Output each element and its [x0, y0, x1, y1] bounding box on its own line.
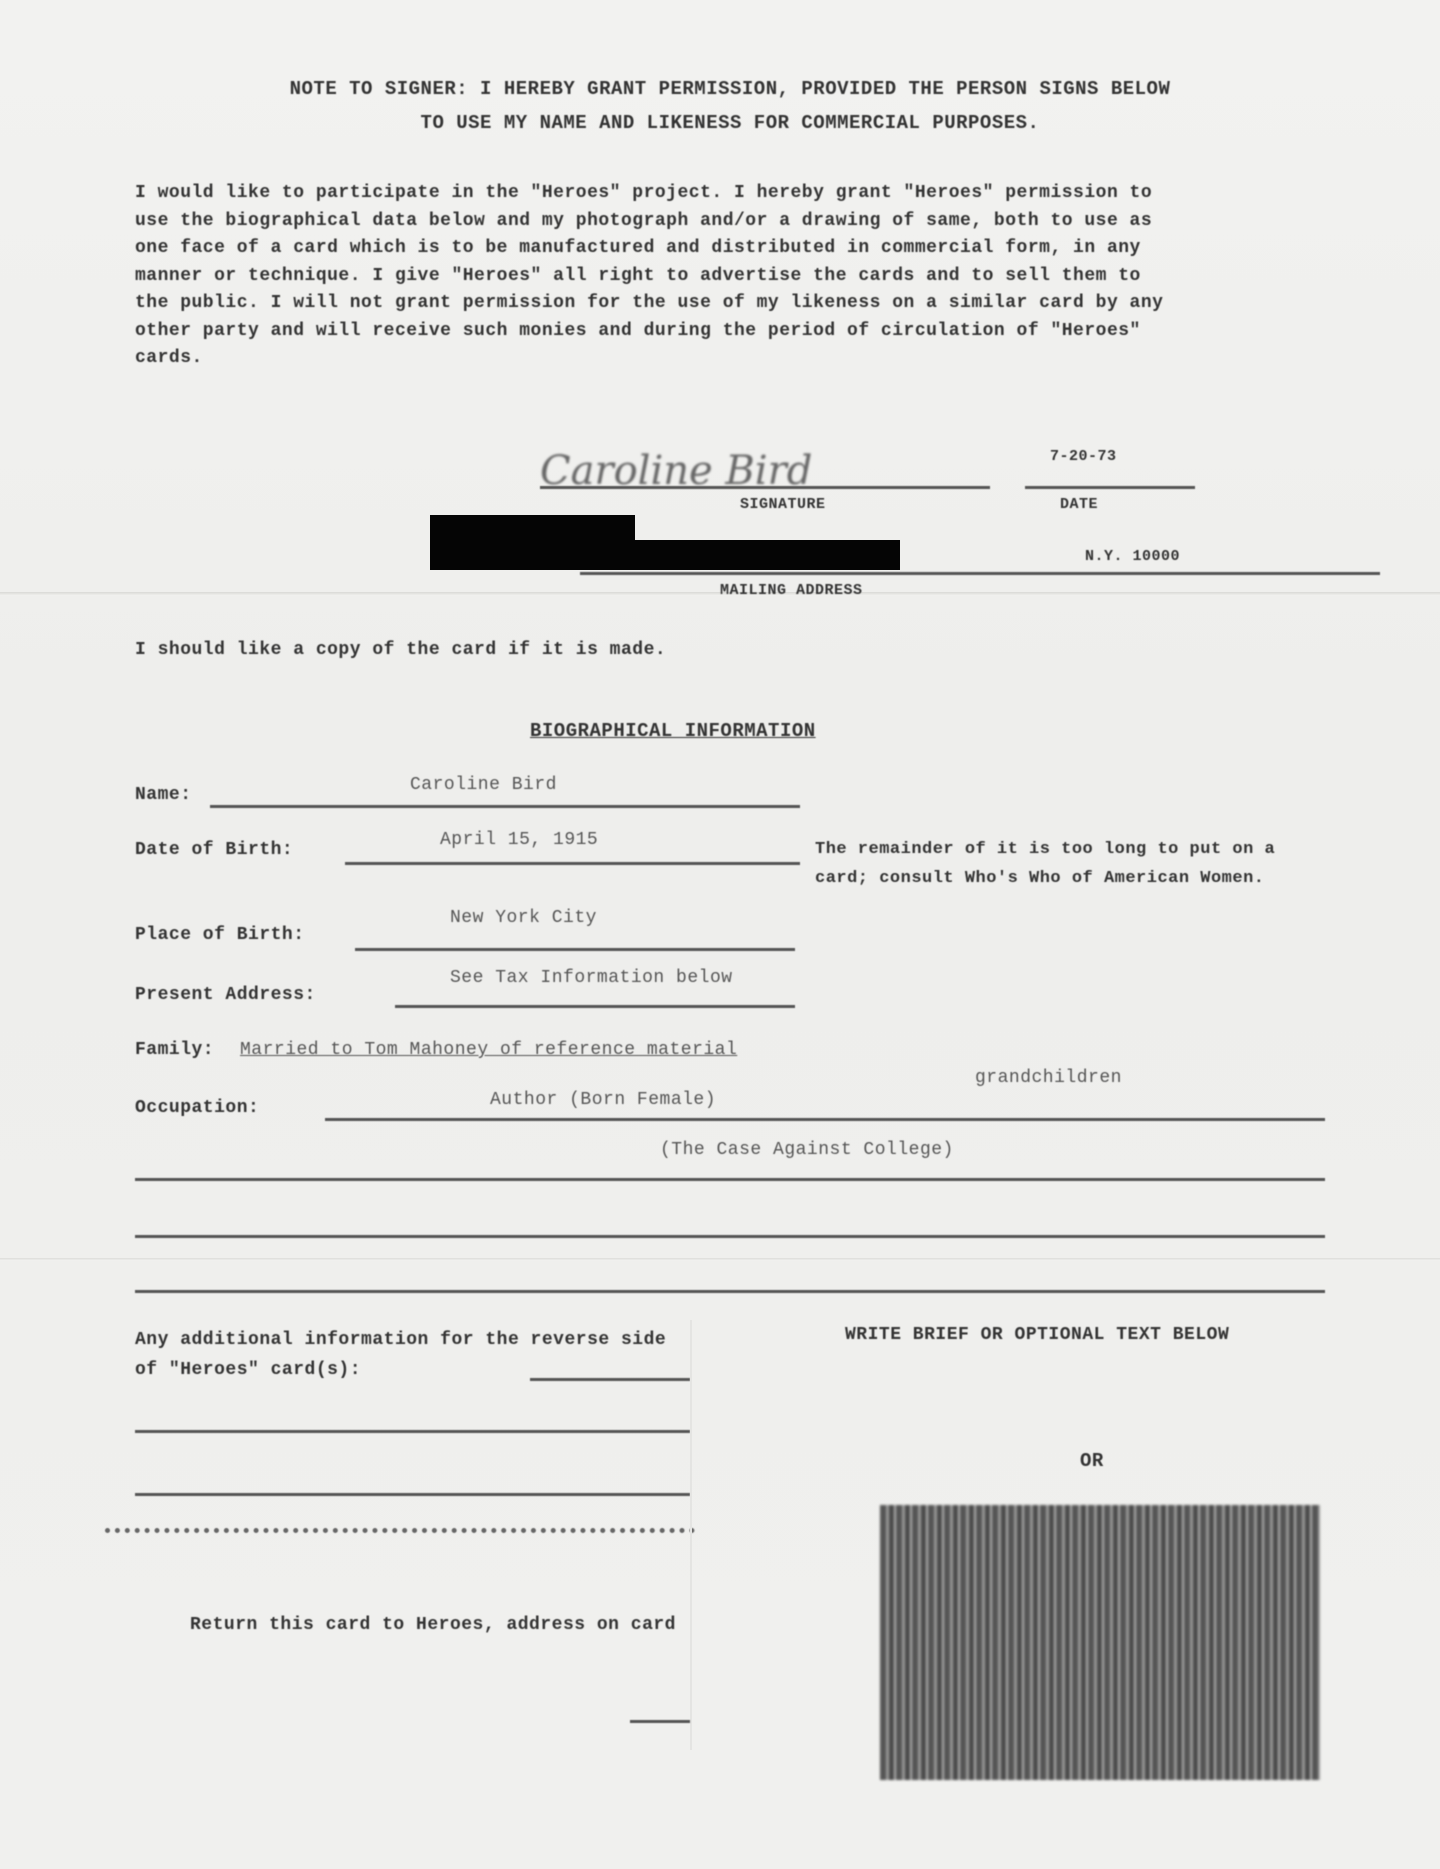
address-field-line [395, 1005, 795, 1008]
occupation-label: Occupation: [135, 1098, 259, 1118]
return-note: Return this card to Heroes, address on c… [190, 1615, 676, 1635]
additional-info-line [135, 1493, 690, 1496]
blank-line [135, 1235, 1325, 1238]
family-value: Married to Tom Mahoney of reference mate… [240, 1040, 737, 1060]
additional-info-line [530, 1378, 690, 1381]
family-label: Family: [135, 1040, 214, 1060]
pob-label: Place of Birth: [135, 925, 305, 945]
name-value: Caroline Bird [410, 775, 557, 795]
name-line [210, 805, 800, 808]
copy-request: I should like a copy of the card if it i… [135, 640, 666, 660]
date-line [1025, 486, 1195, 489]
signature-label: SIGNATURE [740, 496, 826, 513]
bio-title: BIOGRAPHICAL INFORMATION [530, 720, 816, 742]
dob-label: Date of Birth: [135, 840, 293, 860]
occupation-value: Author (Born Female) [490, 1090, 716, 1110]
section-divider [690, 1320, 692, 1750]
family-extra: grandchildren [975, 1068, 1122, 1088]
redaction-bar [430, 540, 900, 570]
or-label: OR [1080, 1450, 1104, 1472]
short-line [630, 1720, 690, 1723]
address-label: MAILING ADDRESS [720, 582, 863, 599]
address-line [580, 572, 1380, 575]
blank-line [135, 1178, 1325, 1181]
address-field-value: See Tax Information below [450, 968, 733, 988]
release-paragraph: I would like to participate in the "Hero… [135, 180, 1165, 373]
dob-line [345, 862, 800, 865]
dotted-cut-line [105, 1528, 695, 1533]
date-label: DATE [1060, 496, 1098, 513]
address-suffix: N.Y. 10000 [1085, 548, 1180, 565]
header-line: TO USE MY NAME AND LIKENESS FOR COMMERCI… [110, 106, 1350, 140]
dob-value: April 15, 1915 [440, 830, 598, 850]
right-heading: WRITE BRIEF OR OPTIONAL TEXT BELOW [845, 1325, 1229, 1345]
date-value: 7-20-73 [1050, 448, 1117, 465]
occupation-line [325, 1118, 1325, 1121]
blank-line [135, 1290, 1325, 1293]
attached-text-clipping [880, 1505, 1320, 1780]
additional-info-label: Any additional information for the rever… [135, 1325, 690, 1385]
pob-line [355, 948, 795, 951]
side-note: The remainder of it is too long to put o… [815, 835, 1305, 893]
signature-line [540, 486, 990, 489]
additional-info-line [135, 1430, 690, 1433]
pob-value: New York City [450, 908, 597, 928]
paper-fold [0, 1258, 1440, 1261]
document-header: NOTE TO SIGNER: I HEREBY GRANT PERMISSIO… [110, 72, 1350, 140]
header-line: NOTE TO SIGNER: I HEREBY GRANT PERMISSIO… [110, 72, 1350, 106]
address-field-label: Present Address: [135, 985, 316, 1005]
occupation-sub: (The Case Against College) [660, 1140, 954, 1160]
name-label: Name: [135, 785, 192, 805]
